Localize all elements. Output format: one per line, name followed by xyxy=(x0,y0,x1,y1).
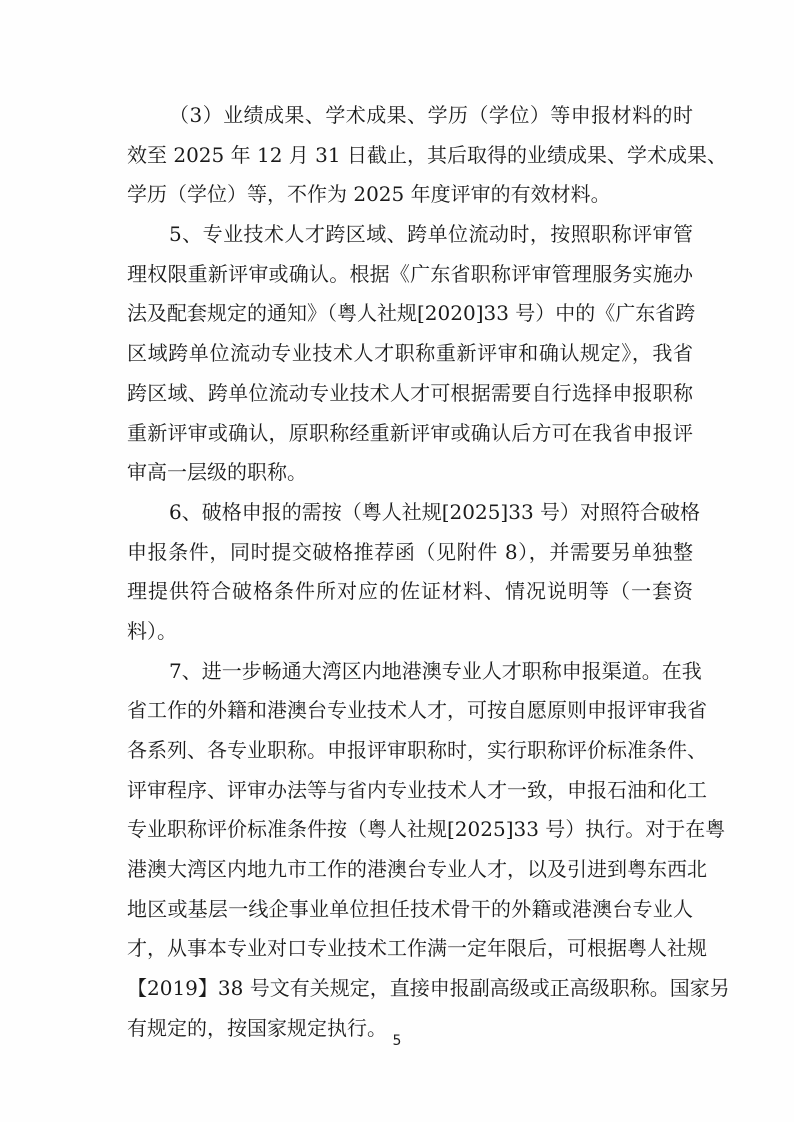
text-line: 省工作的外籍和港澳台专业技术人才，可按自愿原则申报评审我省 xyxy=(127,691,693,731)
page-number: 5 xyxy=(0,1033,794,1049)
text-line: 7、进一步畅通大湾区内地港澳专业人才职称申报渠道。在我 xyxy=(127,652,693,692)
text-line: 理权限重新评审或确认。根据《广东省职称评审管理服务实施办 xyxy=(127,255,693,295)
text-line: 6、破格申报的需按（粤人社规[2025]33 号）对照符合破格 xyxy=(127,493,693,533)
text-line: 审高一层级的职称。 xyxy=(127,453,693,493)
text-line: 专业职称评价标准条件按（粤人社规[2025]33 号）执行。对于在粤 xyxy=(127,810,693,850)
text-line: 港澳大湾区内地九市工作的港澳台专业人才，以及引进到粤东西北 xyxy=(127,850,693,890)
paragraph-7-greater-bay-area: 7、进一步畅通大湾区内地港澳专业人才职称申报渠道。在我 省工作的外籍和港澳台专业… xyxy=(127,652,693,1049)
text-line: 区域跨单位流动专业技术人才职称重新评审和确认规定》，我省 xyxy=(127,334,693,374)
document-body: （3）业绩成果、学术成果、学历（学位）等申报材料的时 效至 2025 年 12 … xyxy=(127,96,693,1049)
text-line: 5、专业技术人才跨区域、跨单位流动时，按照职称评审管 xyxy=(127,215,693,255)
paragraph-5-cross-region: 5、专业技术人才跨区域、跨单位流动时，按照职称评审管 理权限重新评审或确认。根据… xyxy=(127,215,693,493)
text-line: 重新评审或确认，原职称经重新评审或确认后方可在我省申报评 xyxy=(127,414,693,454)
text-line: 申报条件，同时提交破格推荐函（见附件 8），并需要另单独整 xyxy=(127,533,693,573)
text-line: 料）。 xyxy=(127,612,693,652)
text-line: 【2019】38 号文有关规定，直接申报副高级或正高级职称。国家另 xyxy=(127,969,693,1009)
document-page: （3）业绩成果、学术成果、学历（学位）等申报材料的时 效至 2025 年 12 … xyxy=(0,0,794,1122)
text-line: 评审程序、评审办法等与省内专业技术人才一致，申报石油和化工 xyxy=(127,771,693,811)
text-line: 地区或基层一线企事业单位担任技术骨干的外籍或港澳台专业人 xyxy=(127,890,693,930)
text-line: （3）业绩成果、学术成果、学历（学位）等申报材料的时 xyxy=(127,96,693,136)
text-line: 法及配套规定的通知》（粤人社规[2020]33 号）中的《广东省跨 xyxy=(127,294,693,334)
paragraph-3-validity: （3）业绩成果、学术成果、学历（学位）等申报材料的时 效至 2025 年 12 … xyxy=(127,96,693,215)
text-line: 跨区域、跨单位流动专业技术人才可根据需要自行选择申报职称 xyxy=(127,374,693,414)
text-line: 各系列、各专业职称。申报评审职称时，实行职称评价标准条件、 xyxy=(127,731,693,771)
text-line: 效至 2025 年 12 月 31 日截止，其后取得的业绩成果、学术成果、 xyxy=(127,136,693,176)
text-line: 才，从事本专业对口专业技术工作满一定年限后，可根据粤人社规 xyxy=(127,929,693,969)
text-line: 学历（学位）等，不作为 2025 年度评审的有效材料。 xyxy=(127,175,693,215)
text-line: 理提供符合破格条件所对应的佐证材料、情况说明等（一套资 xyxy=(127,572,693,612)
paragraph-6-exceptional: 6、破格申报的需按（粤人社规[2025]33 号）对照符合破格 申报条件，同时提… xyxy=(127,493,693,652)
